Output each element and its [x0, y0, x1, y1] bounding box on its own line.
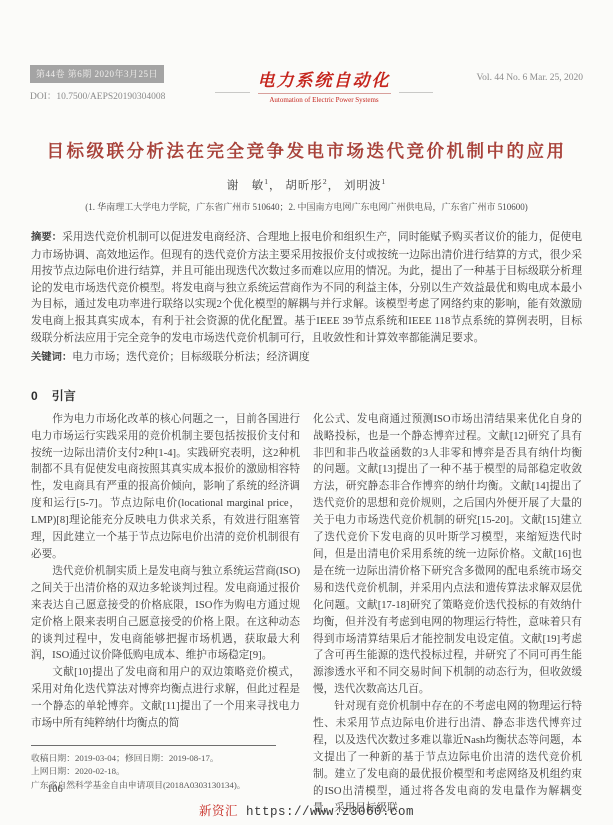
journal-masthead: 电力系统自动化 Automation of Electric Power Sys… [215, 66, 433, 104]
article-title: 目标级联分析法在完全竞争发电市场迭代竞价机制中的应用 [28, 138, 585, 163]
paragraph: 迭代竞价机制实质上是发电商与独立系统运营商(ISO)之间关于出清价格的双边多轮谈… [31, 564, 300, 665]
footnote-online-date: 上网日期：2020-02-18。 [31, 765, 276, 779]
journal-name-cn: 电力系统自动化 [258, 66, 391, 91]
masthead-rule-right [399, 92, 434, 93]
issue-badge: 第44卷 第6期 2020年3月25日 [30, 65, 164, 83]
footnote-block: 收稿日期：2019-03-04；修回日期：2019-08-17。 上网日期：20… [31, 745, 276, 793]
abstract-text: 采用迭代竞价机制可以促进发电商经济、合理地上报电价和组织生产，同时能赋予购买者议… [31, 231, 582, 344]
paragraph: 针对现有竞价机制中存在的不考虑电网的物理运行特性、未采用节点边际电价进行出清、静… [313, 699, 582, 817]
author: 胡昕彤2， [285, 180, 340, 192]
issue-info-en: Vol. 44 No. 6 Mar. 25, 2020 [433, 73, 583, 83]
page-header: 第44卷 第6期 2020年3月25日 DOI：10.7500/AEPS2019… [0, 0, 613, 104]
journal-logo: 电力系统自动化 Automation of Electric Power Sys… [250, 66, 399, 104]
left-column: 作为电力市场化改革的核心问题之一，目前各国进行电力市场运行实践采用的竞价机制主要… [31, 412, 300, 818]
watermark-brand: 新资汇 [199, 805, 238, 819]
section-number: 0 [31, 389, 38, 403]
section-title: 引言 [52, 389, 76, 403]
footnote-funding: 广东省自然科学基金自由申请项目(2018A0303130134)。 [31, 779, 276, 793]
author-affil-sup: 1 [382, 177, 387, 186]
masthead-rule-left [215, 92, 250, 93]
author-line: 谢 敏1， 胡昕彤2， 刘明波1 [0, 177, 613, 193]
section-heading-introduction: 0引言 [31, 387, 582, 404]
page-number: 106 [47, 784, 63, 795]
watermark-url-link[interactable]: https://www.z3060.com [246, 805, 414, 819]
journal-name-en: Automation of Electric Power Systems [258, 93, 391, 104]
footnote-received-dates: 收稿日期：2019-03-04；修回日期：2019-08-17。 [31, 752, 276, 766]
watermark: 新资汇 https://www.z3060.com [0, 801, 613, 819]
keywords: 关键词：电力市场；迭代竞价；目标级联分析法；经济调度 [31, 349, 582, 367]
abstract-label: 摘要： [31, 232, 62, 243]
right-column: 化公式、发电商通过预测ISO市场出清结果来优化自身的战略投标，也是一个静态博弈过… [313, 412, 582, 818]
affiliation-line: (1. 华南理工大学电力学院，广东省广州市 510640；2. 中国南方电网广东… [0, 200, 613, 213]
body-columns: 作为电力市场化改革的核心问题之一，目前各国进行电力市场运行实践采用的竞价机制主要… [0, 404, 613, 818]
paragraph: 化公式、发电商通过预测ISO市场出清结果来优化自身的战略投标，也是一个静态博弈过… [313, 412, 582, 699]
header-left: 第44卷 第6期 2020年3月25日 DOI：10.7500/AEPS2019… [30, 64, 215, 102]
doi-text: DOI：10.7500/AEPS20190304008 [30, 88, 215, 102]
paragraph: 文献[10]提出了发电商和用户的双边策略竞价模式，采用对角化迭代算法对博弈均衡点… [31, 665, 300, 733]
author: 刘明波1 [344, 180, 386, 192]
paragraph: 作为电力市场化改革的核心问题之一，目前各国进行电力市场运行实践采用的竞价机制主要… [31, 412, 300, 564]
keywords-text: 电力市场；迭代竞价；目标级联分析法；经济调度 [72, 351, 310, 363]
journal-page: 第44卷 第6期 2020年3月25日 DOI：10.7500/AEPS2019… [0, 0, 613, 825]
author: 谢 敏1， [227, 180, 282, 192]
keywords-label: 关键词： [31, 352, 72, 363]
abstract: 摘要：采用迭代竞价机制可以促进发电商经济、合理地上报电价和组织生产，同时能赋予购… [31, 229, 582, 346]
